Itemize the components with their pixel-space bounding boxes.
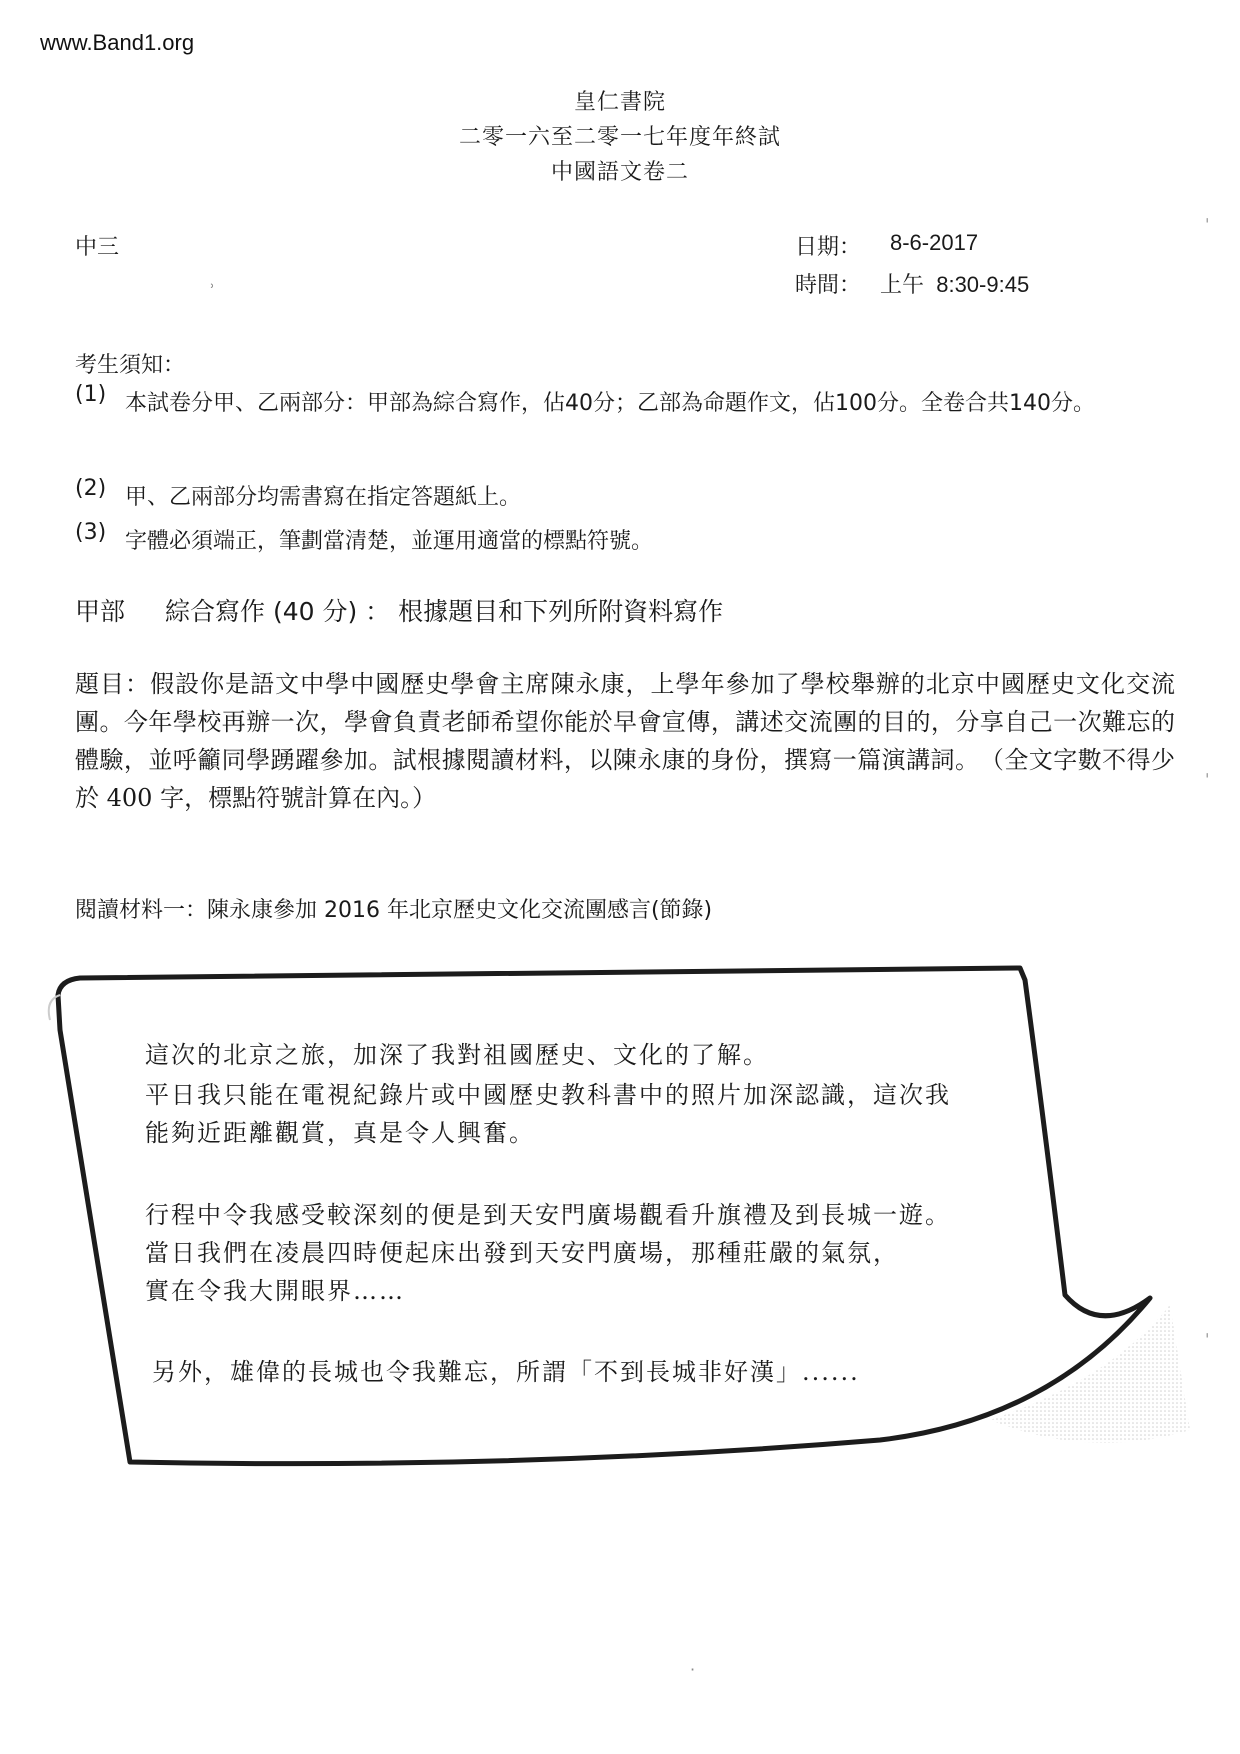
section-title: 綜合寫作 (40 分) ： 根據題目和下列所附資料寫作 (165, 597, 723, 626)
paper-title: 中國語文卷二 (0, 155, 1240, 186)
question-prompt: 題目：假設你是語文中學中國歷史學會主席陳永康，上學年參加了學校舉辦的北京中國歷史… (75, 665, 1175, 817)
exam-title: 二零一六至二零一七年度年終試 (0, 120, 1240, 151)
date-value: 8-6-2017 (890, 230, 978, 256)
material-title: 閱讀材料一：陳永康參加 2016 年北京歷史文化交流團感言(節錄) (75, 893, 712, 924)
notice-text: 甲、乙兩部分均需書寫在指定答題紙上。 (125, 476, 1175, 520)
material-line-1: 這次的北京之旅，加深了我對祖國歷史、文化的了解。 (145, 1035, 769, 1070)
section-part: 甲部 (75, 597, 125, 626)
material-line-3: 能夠近距離觀賞，真是令人興奮。 (145, 1113, 535, 1148)
scan-speck: · (690, 1660, 695, 1679)
notice-text: 本試卷分甲、乙兩部分：甲部為綜合寫作，佔40分；乙部為命題作文，佔100分。全卷… (125, 382, 1175, 426)
site-watermark: www.Band1.org (40, 30, 194, 56)
material-line-5: 當日我們在凌晨四時便起床出發到天安門廣場，那種莊嚴的氣氛， (145, 1233, 899, 1268)
notice-text: 字體必須端正，筆劃當清楚，並運用適當的標點符號。 (125, 520, 1175, 564)
notice-title: 考生須知： (75, 348, 185, 379)
material-line-7: 另外，雄偉的長城也令我難忘，所謂「不到長城非好漢」...... (152, 1352, 860, 1387)
scan-speck: ˌ (1205, 205, 1209, 224)
date-label: 日期： (795, 230, 861, 261)
time-label: 時間： (795, 268, 861, 299)
form-label: 中三 (75, 230, 119, 261)
notice-number: (3) (75, 520, 106, 545)
curled-paper-frame (40, 950, 1220, 1510)
material-line-6: 實在令我大開眼界…… (145, 1271, 405, 1306)
scan-speck: ˌ (1205, 1320, 1209, 1339)
scan-speck: ˒ (210, 277, 215, 296)
notice-number: (1) (75, 382, 106, 407)
time-value: 上午 8:30-9:45 (880, 268, 1029, 299)
school-name: 皇仁書院 (0, 85, 1240, 116)
notice-number: (2) (75, 476, 106, 501)
section-heading: 甲部綜合寫作 (40 分) ： 根據題目和下列所附資料寫作 (75, 592, 763, 628)
material-line-4: 行程中令我感受較深刻的便是到天安門廣場觀看升旗禮及到長城一遊。 (145, 1195, 951, 1230)
scan-speck: ˌ (1205, 760, 1209, 779)
material-line-2: 平日我只能在電視紀錄片或中國歷史教科書中的照片加深認識，這次我 (145, 1075, 951, 1110)
